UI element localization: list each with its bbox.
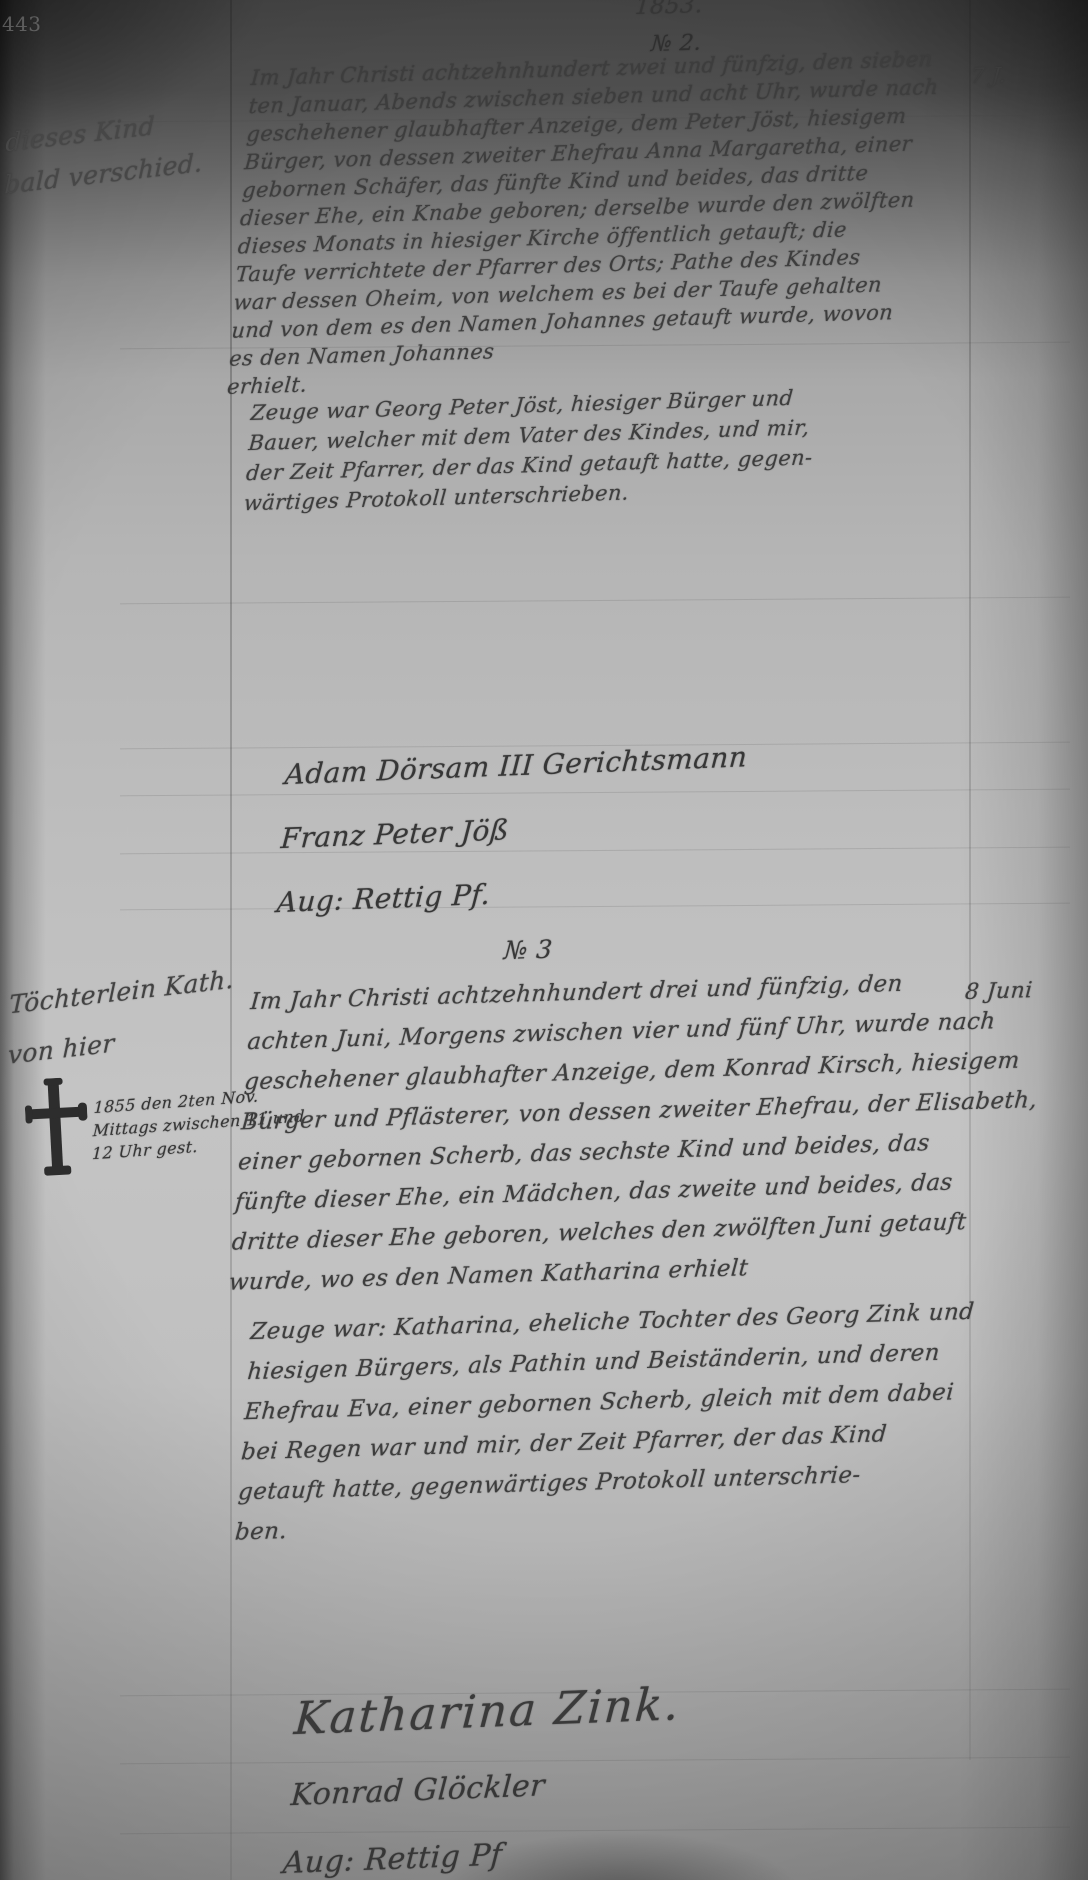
entry-3-witness-paragraph: Zeuge war: Katharina, eheliche Tochter d… <box>233 1292 975 1553</box>
entry-2-witness-paragraph: Zeuge war Georg Peter Jöst, hiesiger Bür… <box>243 382 819 518</box>
ruled-line-horizontal <box>120 1827 1070 1835</box>
ruled-line-vertical-right <box>969 0 971 1760</box>
ruled-line-horizontal <box>120 1757 1070 1765</box>
signature-katharina-zink: Katharina Zink. <box>292 1677 682 1745</box>
signature-gerichtsmann: Adam Dörsam III Gerichtsmann <box>284 740 749 791</box>
entry-3-heading: № 3 <box>503 935 554 965</box>
year-heading: 1853. <box>634 0 704 20</box>
signature-pfarrer: Aug: Rettig Pf. <box>276 878 492 919</box>
entry-3-body: Im Jahr Christi achtzehnhundert drei und… <box>227 960 1048 1303</box>
ruled-line-horizontal <box>120 847 1070 855</box>
entry-3-margin-note: Töchterlein Kath. von hier <box>7 954 234 1081</box>
signature-konrad-gloeckler: Konrad Glöckler <box>290 1768 546 1813</box>
page-number: 443 <box>2 12 41 36</box>
entry-2-date-overflow: 7 J. <box>970 63 1007 88</box>
ruled-line-horizontal <box>120 789 1070 797</box>
ruled-line-vertical-left <box>230 0 232 1880</box>
death-cross-icon <box>23 1076 90 1179</box>
register-page-scan: 443 1853. № 2. dieses Kind bald verschie… <box>0 0 1088 1880</box>
signature-pfarrer-bottom: Aug: Rettig Pf <box>282 1838 504 1880</box>
entry-2-body: Im Jahr Christi achtzehnhundert zwei und… <box>226 45 942 401</box>
signature-witness: Franz Peter Jöß <box>280 813 510 855</box>
ruled-line-horizontal <box>120 597 1070 605</box>
entry-2-margin-note: dieses Kind bald verschied. <box>4 99 204 206</box>
ruled-line-horizontal <box>120 903 1070 911</box>
